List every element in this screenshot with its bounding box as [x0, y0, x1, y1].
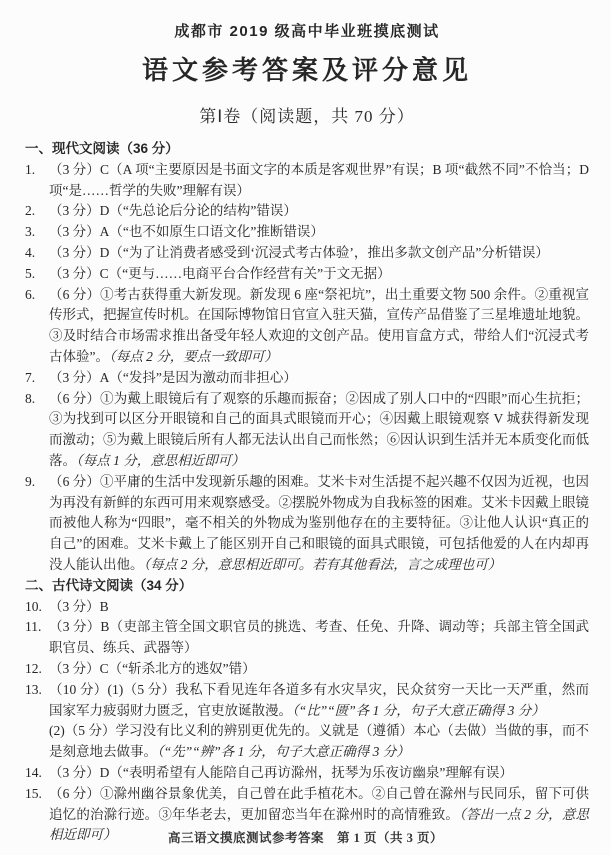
item-number: 6. — [25, 285, 35, 306]
item-number: 4. — [25, 243, 35, 264]
section-heading: 二、古代诗文阅读（34 分） — [25, 576, 589, 597]
item-part: （3 分）A（“也不如原生口语文化”推断错误） — [49, 222, 589, 243]
answer-text: （3 分）B — [49, 599, 109, 614]
answer-item: 13.（10 分）(1)（5 分）我私下看见连年各道多有水灾旱灾，民众贫穷一天比… — [25, 680, 589, 763]
item-part: （6 分）①考古获得重大新发现。新发现 6 座“祭祀坑”，出土重要文物 500 … — [49, 285, 589, 368]
scoring-note: （“比”“匮”各 1 分，句子大意正确得 3 分） — [292, 703, 545, 718]
exam-title: 成都市 2019 级高中毕业班摸底测试 — [25, 20, 589, 41]
answer-text: （3 分）D（“为了让消费者感受到‘沉浸式考古体验’，推出多款文创产品”分析错误… — [49, 245, 549, 260]
item-text: （3 分）D（“为了让消费者感受到‘沉浸式考古体验’，推出多款文创产品”分析错误… — [49, 243, 589, 264]
answer-text: （3 分）B（吏部主管全国文职官员的挑选、考查、任免、升降、调动等；兵部主管全国… — [49, 619, 589, 655]
answer-text: （3 分）C（“更与……电商平台合作经营有关”于文无据） — [49, 266, 391, 281]
item-text: （10 分）(1)（5 分）我私下看见连年各道多有水灾旱灾，民众贫穷一天比一天严… — [49, 680, 589, 763]
page-footer: 高三语文摸底测试参考答案 第 1 页（共 3 页） — [0, 828, 611, 846]
answer-item: 9.（6 分）①平庸的生活中发现新乐趣的困难。艾米卡对生活提不起兴趣不仅因为近视… — [25, 472, 589, 576]
item-text: （3 分）B — [49, 597, 589, 618]
scoring-note: （每点 2 分，要点一致即可） — [109, 349, 278, 364]
document-title: 语文参考答案及评分意见 — [25, 50, 589, 87]
item-number: 9. — [25, 472, 35, 493]
item-part: （3 分）C（A 项“主要原因是书面文字的本质是客观世界”有误；B 项“截然不同… — [49, 160, 589, 202]
item-number: 5. — [25, 264, 35, 285]
item-part: （10 分）(1)（5 分）我私下看见连年各道多有水灾旱灾，民众贫穷一天比一天严… — [49, 680, 589, 722]
item-number: 14. — [25, 763, 42, 784]
item-number: 11. — [25, 617, 41, 638]
item-part: （3 分）D（“为了让消费者感受到‘沉浸式考古体验’，推出多款文创产品”分析错误… — [49, 243, 589, 264]
answer-text: （3 分）D（“表明希望有人能陪自己再访滁州，抚琴为乐夜访幽泉”理解有误） — [49, 765, 513, 780]
answer-text: （3 分）A（“发抖”是因为激动而非担心） — [49, 370, 297, 385]
answer-item: 3.（3 分）A（“也不如原生口语文化”推断错误） — [25, 222, 589, 243]
item-part: （3 分）B（吏部主管全国文职官员的挑选、考查、任免、升降、调动等；兵部主管全国… — [49, 617, 589, 659]
item-text: （3 分）A（“也不如原生口语文化”推断错误） — [49, 222, 589, 243]
answer-item: 7.（3 分）A（“发抖”是因为激动而非担心） — [25, 368, 589, 389]
answer-text: （3 分）C（A 项“主要原因是书面文字的本质是客观世界”有误；B 项“截然不同… — [49, 162, 589, 198]
scoring-note: （“先”“辨”各 1 分，句子大意正确得 3 分） — [157, 744, 410, 759]
answer-item: 2.（3 分）D（“先总论后分论的结构”错误） — [25, 201, 589, 222]
item-part: （3 分）B — [49, 597, 589, 618]
answer-item: 5.（3 分）C（“更与……电商平台合作经营有关”于文无据） — [25, 264, 589, 285]
item-part: （3 分）D（“先总论后分论的结构”错误） — [49, 201, 589, 222]
item-text: （3 分）B（吏部主管全国文职官员的挑选、考查、任免、升降、调动等；兵部主管全国… — [49, 617, 589, 659]
scoring-note: （每点 2 分，意思相近即可。若有其他看法，言之成理也可） — [144, 557, 502, 572]
answer-item: 8.（6 分）①为戴上眼镜后有了观察的乐趣而振奋；②因成了别人口中的“四眼”而心… — [25, 389, 589, 472]
item-part: (2)（5 分）学习没有比义利的辨别更优先的。义就是（遵循）本心（去做）当做的事… — [49, 721, 589, 763]
answer-item: 4.（3 分）D（“为了让消费者感受到‘沉浸式考古体验’，推出多款文创产品”分析… — [25, 243, 589, 264]
scoring-note: （每点 1 分，意思相近即可） — [76, 453, 245, 468]
answer-body: 一、现代文阅读（36 分）1.（3 分）C（A 项“主要原因是书面文字的本质是客… — [25, 139, 589, 846]
answer-item: 12.（3 分）C（“斩杀北方的逃奴”错） — [25, 659, 589, 680]
document-page: 成都市 2019 级高中毕业班摸底测试 语文参考答案及评分意见 第Ⅰ卷（阅读题，… — [0, 0, 611, 855]
item-number: 8. — [25, 389, 35, 410]
item-text: （3 分）C（“斩杀北方的逃奴”错） — [49, 659, 589, 680]
answer-item: 14.（3 分）D（“表明希望有人能陪自己再访滁州，抚琴为乐夜访幽泉”理解有误） — [25, 763, 589, 784]
item-text: （3 分）A（“发抖”是因为激动而非担心） — [49, 368, 589, 389]
item-number: 1. — [25, 160, 35, 181]
item-text: （6 分）①为戴上眼镜后有了观察的乐趣而振奋；②因成了别人口中的“四眼”而心生抗… — [49, 389, 589, 472]
item-number: 3. — [25, 222, 35, 243]
item-text: （3 分）D（“表明希望有人能陪自己再访滁州，抚琴为乐夜访幽泉”理解有误） — [49, 763, 589, 784]
answer-text: （3 分）A（“也不如原生口语文化”推断错误） — [49, 224, 324, 239]
item-number: 10. — [25, 597, 42, 618]
item-text: （6 分）①平庸的生活中发现新乐趣的困难。艾米卡对生活提不起兴趣不仅因为近视，也… — [49, 472, 589, 576]
volume-title: 第Ⅰ卷（阅读题，共 70 分） — [25, 102, 589, 127]
answer-text: （3 分）C（“斩杀北方的逃奴”错） — [49, 661, 256, 676]
item-part: （6 分）①平庸的生活中发现新乐趣的困难。艾米卡对生活提不起兴趣不仅因为近视，也… — [49, 472, 589, 576]
answer-item: 6.（6 分）①考古获得重大新发现。新发现 6 座“祭祀坑”，出土重要文物 50… — [25, 285, 589, 368]
answer-item: 11.（3 分）B（吏部主管全国文职官员的挑选、考查、任免、升降、调动等；兵部主… — [25, 617, 589, 659]
item-part: （3 分）C（“更与……电商平台合作经营有关”于文无据） — [49, 264, 589, 285]
answer-item: 10.（3 分）B — [25, 597, 589, 618]
answer-item: 1.（3 分）C（A 项“主要原因是书面文字的本质是客观世界”有误；B 项“截然… — [25, 160, 589, 202]
item-text: （6 分）①考古获得重大新发现。新发现 6 座“祭祀坑”，出土重要文物 500 … — [49, 285, 589, 368]
item-number: 12. — [25, 659, 42, 680]
item-part: （6 分）①为戴上眼镜后有了观察的乐趣而振奋；②因成了别人口中的“四眼”而心生抗… — [49, 389, 589, 472]
item-number: 2. — [25, 201, 35, 222]
item-number: 7. — [25, 368, 35, 389]
document-header: 成都市 2019 级高中毕业班摸底测试 语文参考答案及评分意见 第Ⅰ卷（阅读题，… — [25, 20, 589, 127]
item-part: （3 分）D（“表明希望有人能陪自己再访滁州，抚琴为乐夜访幽泉”理解有误） — [49, 763, 589, 784]
item-number: 13. — [25, 680, 42, 701]
answer-text: （3 分）D（“先总论后分论的结构”错误） — [49, 203, 297, 218]
item-number: 15. — [25, 784, 42, 805]
item-part: （3 分）C（“斩杀北方的逃奴”错） — [49, 659, 589, 680]
item-part: （3 分）A（“发抖”是因为激动而非担心） — [49, 368, 589, 389]
item-text: （3 分）C（A 项“主要原因是书面文字的本质是客观世界”有误；B 项“截然不同… — [49, 160, 589, 202]
item-text: （3 分）D（“先总论后分论的结构”错误） — [49, 201, 589, 222]
section-heading: 一、现代文阅读（36 分） — [25, 139, 589, 160]
item-text: （3 分）C（“更与……电商平台合作经营有关”于文无据） — [49, 264, 589, 285]
